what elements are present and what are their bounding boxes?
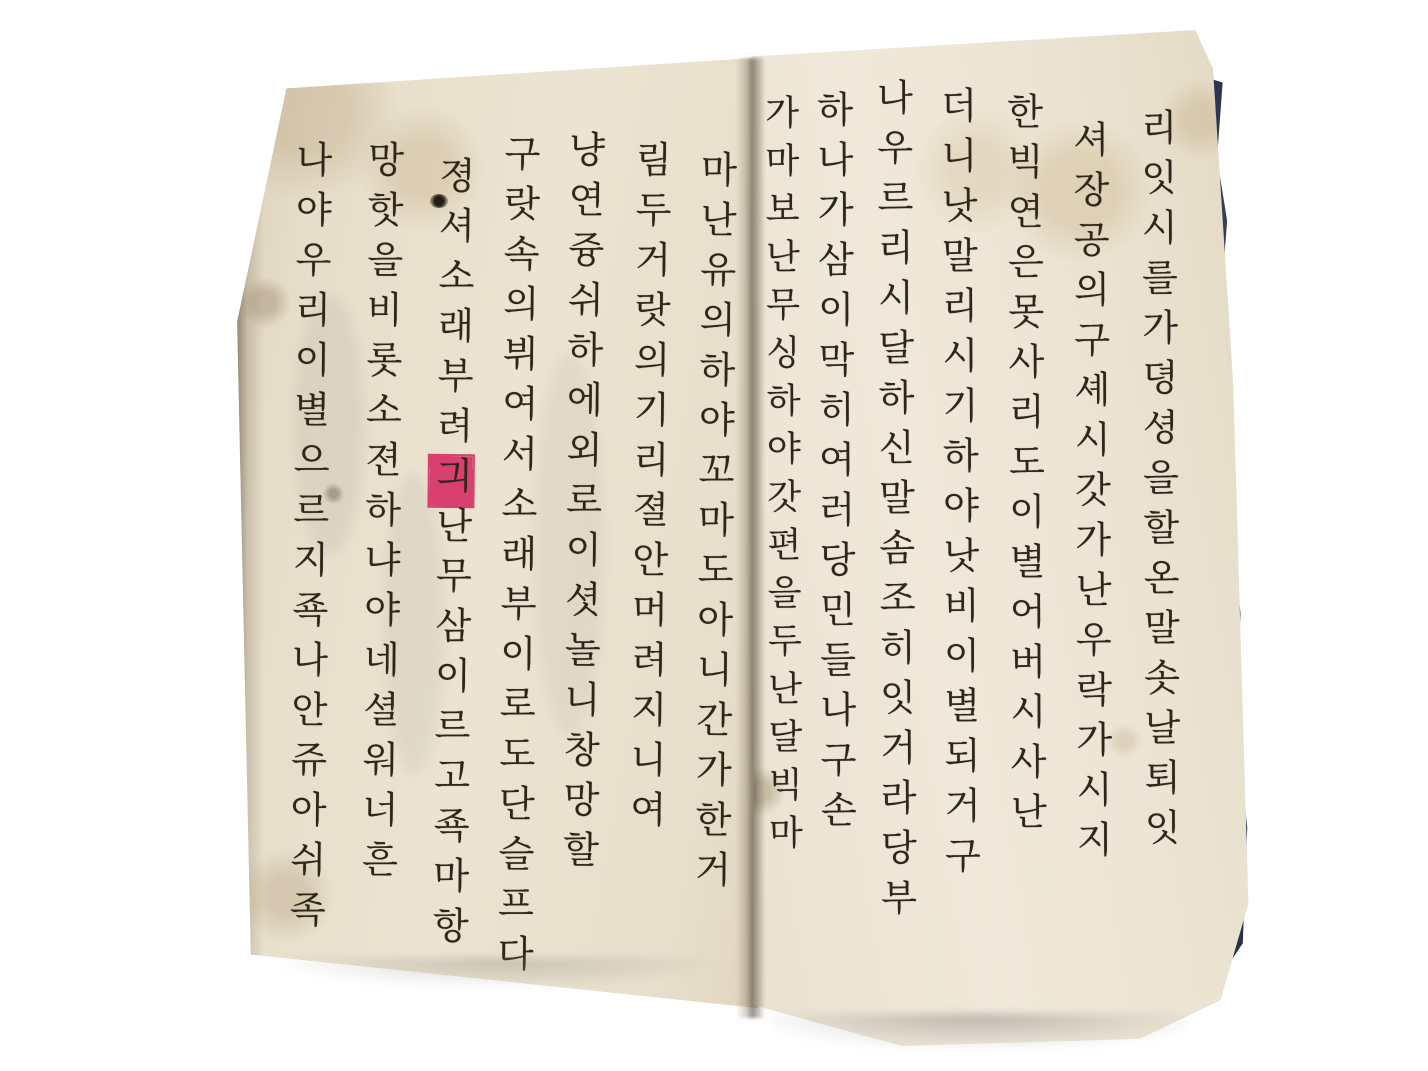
right-page-shadow <box>770 1014 1190 1048</box>
right-text-column-1: 리잇시를가뎡셩을할온말솟날퇴잇 <box>1128 108 1186 858</box>
left-text-column-1: 마난유의하야꼬마도아니간가한거 <box>682 150 743 900</box>
left-text-column-4: 구랏속의뷔여서소래부이로도단슬프다 <box>484 134 545 984</box>
left-page-spine-edge <box>234 54 264 1010</box>
right-page: 리잇시를가뎡셩을할온말솟날퇴잇 셔장공의구셰시갓가난우락가시지 한빅연은못사리도… <box>750 28 1256 1046</box>
right-text-column-4: 더니낫말리시기하야낫비이별되거구 <box>928 86 986 886</box>
right-text-column-2: 셔장공의구셰시갓가난우락가시지 <box>1060 120 1118 870</box>
left-page-shadow <box>280 958 710 988</box>
book-gutter-shadow <box>736 58 764 1018</box>
left-text-column-3: 냥연즁쉬하에외로이셧놀니창망할 <box>550 130 611 880</box>
left-text-column-7: 나야우리이별으르지죡나안쥬아쉬족 <box>277 140 338 940</box>
left-text-column-5: 졍셔소래부려긔난무삼이르고죡마항 <box>420 156 481 956</box>
column-text: 졍셔소래부려 <box>430 156 476 456</box>
pink-highlight-tag: 긔 <box>429 456 472 506</box>
left-text-column-6: 망핫을비롯소젼하냐야네셜워너흔 <box>349 140 410 890</box>
left-text-column-2: 림두거랏의기리졀안머려지니여 <box>617 140 677 840</box>
column-text: 난무삼이르고죡마항 <box>426 506 473 956</box>
open-manuscript-book: 마난유의하야꼬마도아니간가한거 림두거랏의기리졀안머려지니여 냥연즁쉬하에외로이… <box>0 0 1428 1071</box>
right-text-column-5: 나우르리시달하신말솜조히잇거라당부 <box>864 78 922 928</box>
left-page: 마난유의하야꼬마도아니간가한거 림두거랏의기리졀안머려지니여 냥연즁쉬하에외로이… <box>234 54 758 1010</box>
right-text-column-6: 하나가삼이막히여러당민들나구손 <box>804 90 862 840</box>
right-text-column-3: 한빅연은못사리도이별어버시사난 <box>994 92 1052 842</box>
